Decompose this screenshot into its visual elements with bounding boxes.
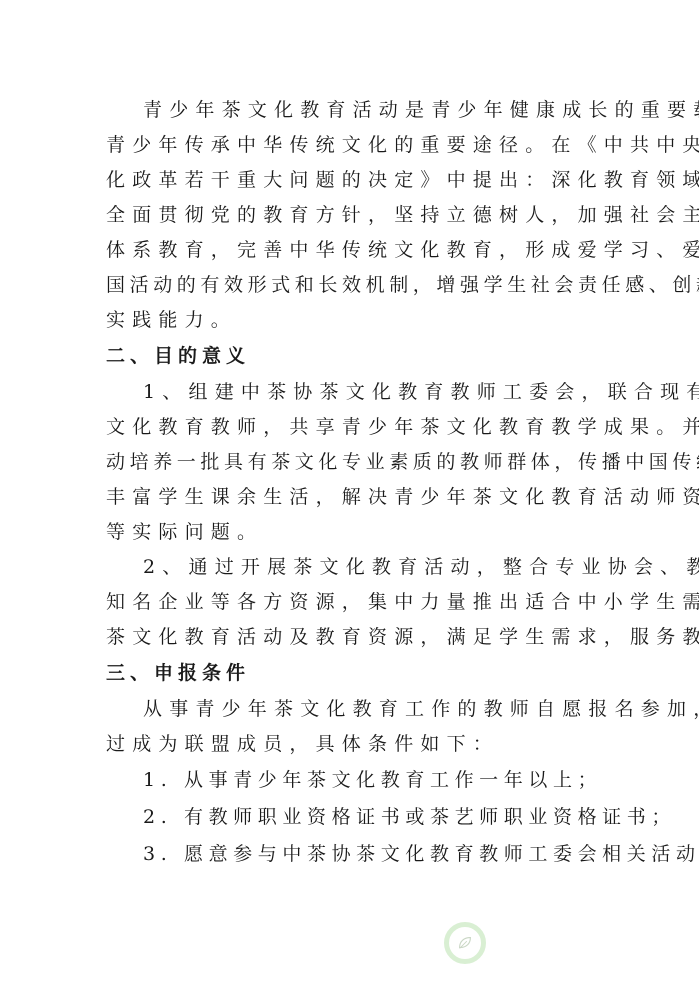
text-line: 丰富学生课余生活，解决青少年茶文化教育活动师资、教材匮乏 xyxy=(106,480,596,515)
text-line: 文化教育教师，共享青少年茶文化教育教学成果。并通过相关活 xyxy=(106,410,596,445)
text-line: 青少年传承中华传统文化的重要途径。在《中共中央关于全面深 xyxy=(106,128,596,163)
section-heading-purpose: 二、目的意义 xyxy=(106,338,596,375)
document-page: 青少年茶文化教育活动是青少年健康成长的重要载体，也是 青少年传承中华传统文化的重… xyxy=(106,93,596,873)
text-line: 实践能力。 xyxy=(106,303,596,338)
text-line: 国活动的有效形式和长效机制，增强学生社会责任感、创新精神、 xyxy=(106,268,596,303)
text-line: 青少年茶文化教育活动是青少年健康成长的重要载体，也是 xyxy=(106,93,596,128)
text-line: 化政革若干重大问题的决定》中提出：深化教育领域综合改革。 xyxy=(106,163,596,198)
condition-item: 2. 有教师职业资格证书或茶艺师职业资格证书； xyxy=(106,799,596,836)
text-line: 从事青少年茶文化教育工作的教师自愿报名参加，经审核通 xyxy=(106,692,596,727)
condition-item: 3. 愿意参与中茶协茶文化教育教师工委会相关活动，遵守 xyxy=(106,836,596,873)
intro-paragraph: 青少年茶文化教育活动是青少年健康成长的重要载体，也是 青少年传承中华传统文化的重… xyxy=(106,93,596,338)
requirements-intro: 从事青少年茶文化教育工作的教师自愿报名参加，经审核通 过成为联盟成员，具体条件如… xyxy=(106,692,596,762)
text-line: 全面贯彻党的教育方针，坚持立德树人，加强社会主义核心价值 xyxy=(106,198,596,233)
leaf-icon xyxy=(456,934,474,952)
text-line: 动培养一批具有茶文化专业素质的教师群体，传播中国传统文化， xyxy=(106,445,596,480)
text-line: 茶文化教育活动及教育资源，满足学生需求，服务教育发展。 xyxy=(106,620,596,655)
text-line: 2、通过开展茶文化教育活动，整合专业协会、教育机构、 xyxy=(106,550,596,585)
purpose-item-1: 1、组建中茶协茶文化教育教师工委会，联合现有青少年茶 文化教育教师，共享青少年茶… xyxy=(106,375,596,550)
condition-item: 1. 从事青少年茶文化教育工作一年以上； xyxy=(106,762,596,799)
text-line: 过成为联盟成员，具体条件如下： xyxy=(106,727,596,762)
text-line: 体系教育，完善中华传统文化教育，形成爱学习、爱劳动、爱祖 xyxy=(106,233,596,268)
text-line: 等实际问题。 xyxy=(106,515,596,550)
section-heading-requirements: 三、申报条件 xyxy=(106,655,596,692)
leaf-circle-logo-icon xyxy=(444,922,486,964)
text-line: 1、组建中茶协茶文化教育教师工委会，联合现有青少年茶 xyxy=(106,375,596,410)
purpose-item-2: 2、通过开展茶文化教育活动，整合专业协会、教育机构、 知名企业等各方资源，集中力… xyxy=(106,550,596,655)
text-line: 知名企业等各方资源，集中力量推出适合中小学生需求的青少年 xyxy=(106,585,596,620)
